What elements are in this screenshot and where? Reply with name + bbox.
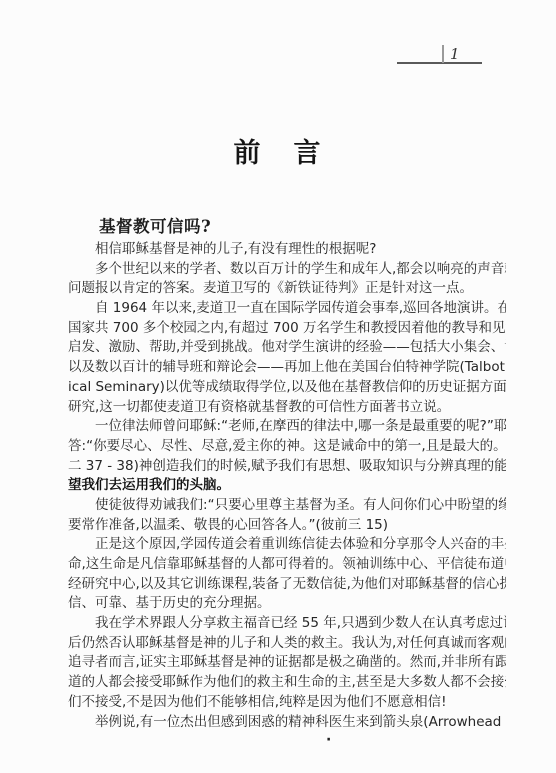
footer-dot: · (326, 735, 336, 745)
text-line: 启发、激励、帮助,并受到挑战。他对学生演讲的经验——包括大小集会、课堂演讲, (68, 338, 506, 358)
text-line: 追寻者而言,证实主耶稣基督是神的证据都是极之确凿的。然而,并非所有跟我谈 (68, 653, 506, 673)
text-line: 道的人都会接受耶稣作为他们的救主和生命的主,甚至是大多数人都不会接受。他 (68, 673, 506, 693)
text-line: 信、可靠、基于历史的充分理据。 (68, 594, 506, 614)
text-line: 国家共 700 多个校园之内,有超过 700 万名学生和教授因着他的教导和见证而… (68, 319, 506, 339)
text-line: 后仍然否认耶稣基督是神的儿子和人类的救主。我认为,对任何真诚而客观的真理 (68, 634, 506, 654)
text-line: 要常作准备,以温柔、敬畏的心回答各人。”(彼前三 15) (68, 516, 506, 536)
text-line: 以及数以百计的辅导班和辩论会——再加上他在美国台伯特神学院(Talbot The… (68, 358, 506, 378)
text-line: 经研究中心,以及其它训练课程,装备了无数信徒,为他们对耶稣基督的信心提出可 (68, 575, 506, 595)
text-line: 答:“你要尽心、尽性、尽意,爱主你的神。这是诫命中的第一,且是最大的。”(太二十 (68, 437, 506, 457)
text-line: 自 1964 年以来,麦道卫一直在国际学园传道会事奉,巡回各地演讲。在 84 个 (68, 299, 506, 319)
text-line: 命,这生命是凡信靠耶稣基督的人都可得着的。领袖训练中心、平信徒布道中心、圣 (68, 555, 506, 575)
text-line: 一位律法师曾问耶稣:“老师,在摩西的律法中,哪一条是最重要的呢?”耶稣回 (68, 417, 506, 437)
header-tick (442, 45, 444, 63)
text-line: 举例说,有一位杰出但感到困惑的精神科医生来到箭头泉(Arrowhead Spri… (68, 713, 506, 733)
page-title-char: 前 (234, 131, 263, 170)
text-line: 使徒彼得劝诫我们:“只要心里尊主基督为圣。有人问你们心中盼望的缘由,就 (68, 496, 506, 516)
text-line: 们不接受,不是因为他们不能够相信,纯粹是因为他们不愿意相信! (68, 693, 506, 713)
page-title: 前 言 (0, 131, 556, 170)
page-title-char: 言 (294, 131, 323, 170)
book-page: 1 前 言 基督教可信吗? 相信耶稣基督是神的儿子,有没有理性的根据呢?多个世纪… (0, 0, 556, 773)
text-line: 多个世纪以来的学者、数以百万计的学生和成年人,都会以响亮的声音就这些 (68, 260, 506, 280)
text-line: 我在学术界跟人分享救主福音已经 55 年,只遇到少数人在认真考虑过证据之 (68, 614, 506, 634)
text-line: 相信耶稣基督是神的儿子,有没有理性的根据呢? (68, 240, 506, 260)
text-line: 正是这个原因,学园传道会着重训练信徒去体验和分享那令人兴奋的丰盛生 (68, 535, 506, 555)
text-line: 望我们去运用我们的头脑。 (68, 476, 506, 496)
text-line: 问题报以肯定的答案。麦道卫写的《新铁证待判》正是针对这一点。 (68, 279, 506, 299)
section-heading: 基督教可信吗? (99, 213, 211, 237)
text-line: ical Seminary)以优等成绩取得学位,以及他在基督教信仰的历史证据方面… (68, 378, 506, 398)
text-line: 二 37 - 38)神创造我们的时候,赋予我们有思想、吸取知识与分辨真理的能力。… (68, 457, 506, 477)
page-number: 1 (450, 45, 470, 63)
body-text: 相信耶稣基督是神的儿子,有没有理性的根据呢?多个世纪以来的学者、数以百万计的学生… (68, 240, 506, 732)
text-line: 研究,这一切都使麦道卫有资格就基督教的可信性方面著书立说。 (68, 398, 506, 418)
